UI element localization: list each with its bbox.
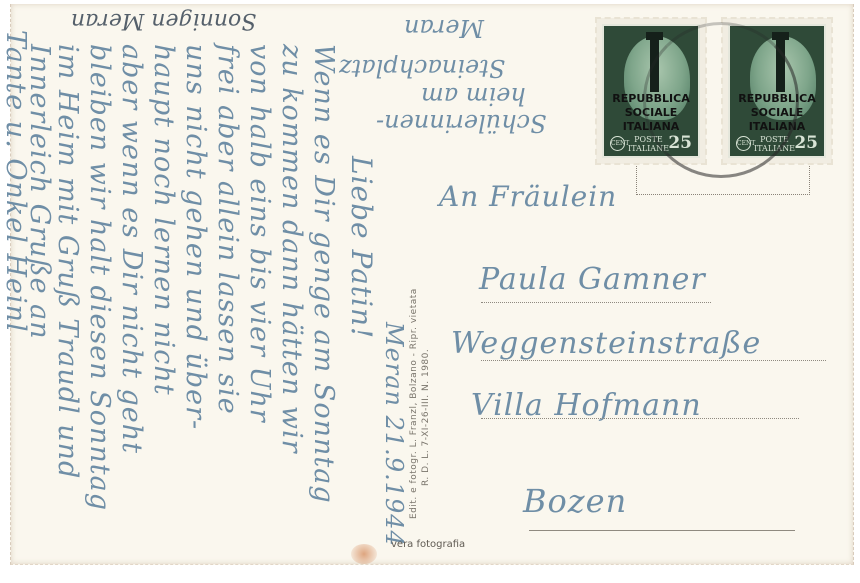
- sender-line-4: Meran: [404, 14, 484, 42]
- address-line-4: [529, 530, 795, 531]
- postcard-back: Sonnigen Meran Schülerinnen- heim am Ste…: [10, 4, 854, 565]
- address-line-2: [481, 360, 826, 361]
- message-line-7: aber wenn es Dir nicht geht: [116, 44, 147, 454]
- sender-line-1: Schülerinnen-: [376, 109, 547, 137]
- message-line-8: bleiben wir halt diesen Sonntag: [84, 44, 115, 511]
- message-line-5: uns nicht gehen und über-: [180, 44, 211, 430]
- publisher-imprint-2: R. D. L. 7-XI-26-III. N. 1980.: [421, 349, 431, 486]
- message-line-3: von halb eins bis vier Uhr: [244, 44, 275, 423]
- message-place-date: Meran 21.9.1944: [380, 322, 408, 547]
- message-line-11: Tante u. Onkel Heinl: [0, 30, 31, 333]
- message-line-4: frei aber allein lassen sie: [212, 44, 243, 415]
- postmark-icon: [643, 22, 799, 178]
- stamp-value: 25: [794, 134, 818, 152]
- sender-line-3: Steinachplatz: [339, 54, 505, 82]
- address-city: Bozen: [523, 482, 627, 520]
- message-line-9: im Heim mit Gruß Traudl und: [52, 44, 83, 479]
- sender-line-2: heim am: [421, 82, 526, 110]
- address-street: Weggensteinstraße: [451, 326, 761, 361]
- address-name: Paula Gamner: [479, 262, 706, 297]
- stain: [351, 544, 377, 564]
- publisher-imprint-1: Edit. e fotogr. L. Franzl, Bolzano - Rip…: [409, 288, 419, 519]
- address-salutation: An Fräulein: [439, 180, 617, 213]
- message-greeting: Liebe Patin!: [345, 156, 378, 339]
- message-line-1: Wenn es Dir genge am Sonntag: [308, 44, 339, 504]
- message-line-2: zu kommen dann hätten wir: [276, 44, 307, 454]
- top-left-note: Sonnigen Meran: [71, 8, 256, 33]
- message-line-6: haupt noch lernen nicht: [148, 44, 179, 396]
- cent-symbol: CENT: [610, 136, 625, 151]
- address-line-1: [481, 302, 711, 303]
- address-line-3: [481, 418, 799, 419]
- photo-caption: vera fotografia: [391, 539, 465, 550]
